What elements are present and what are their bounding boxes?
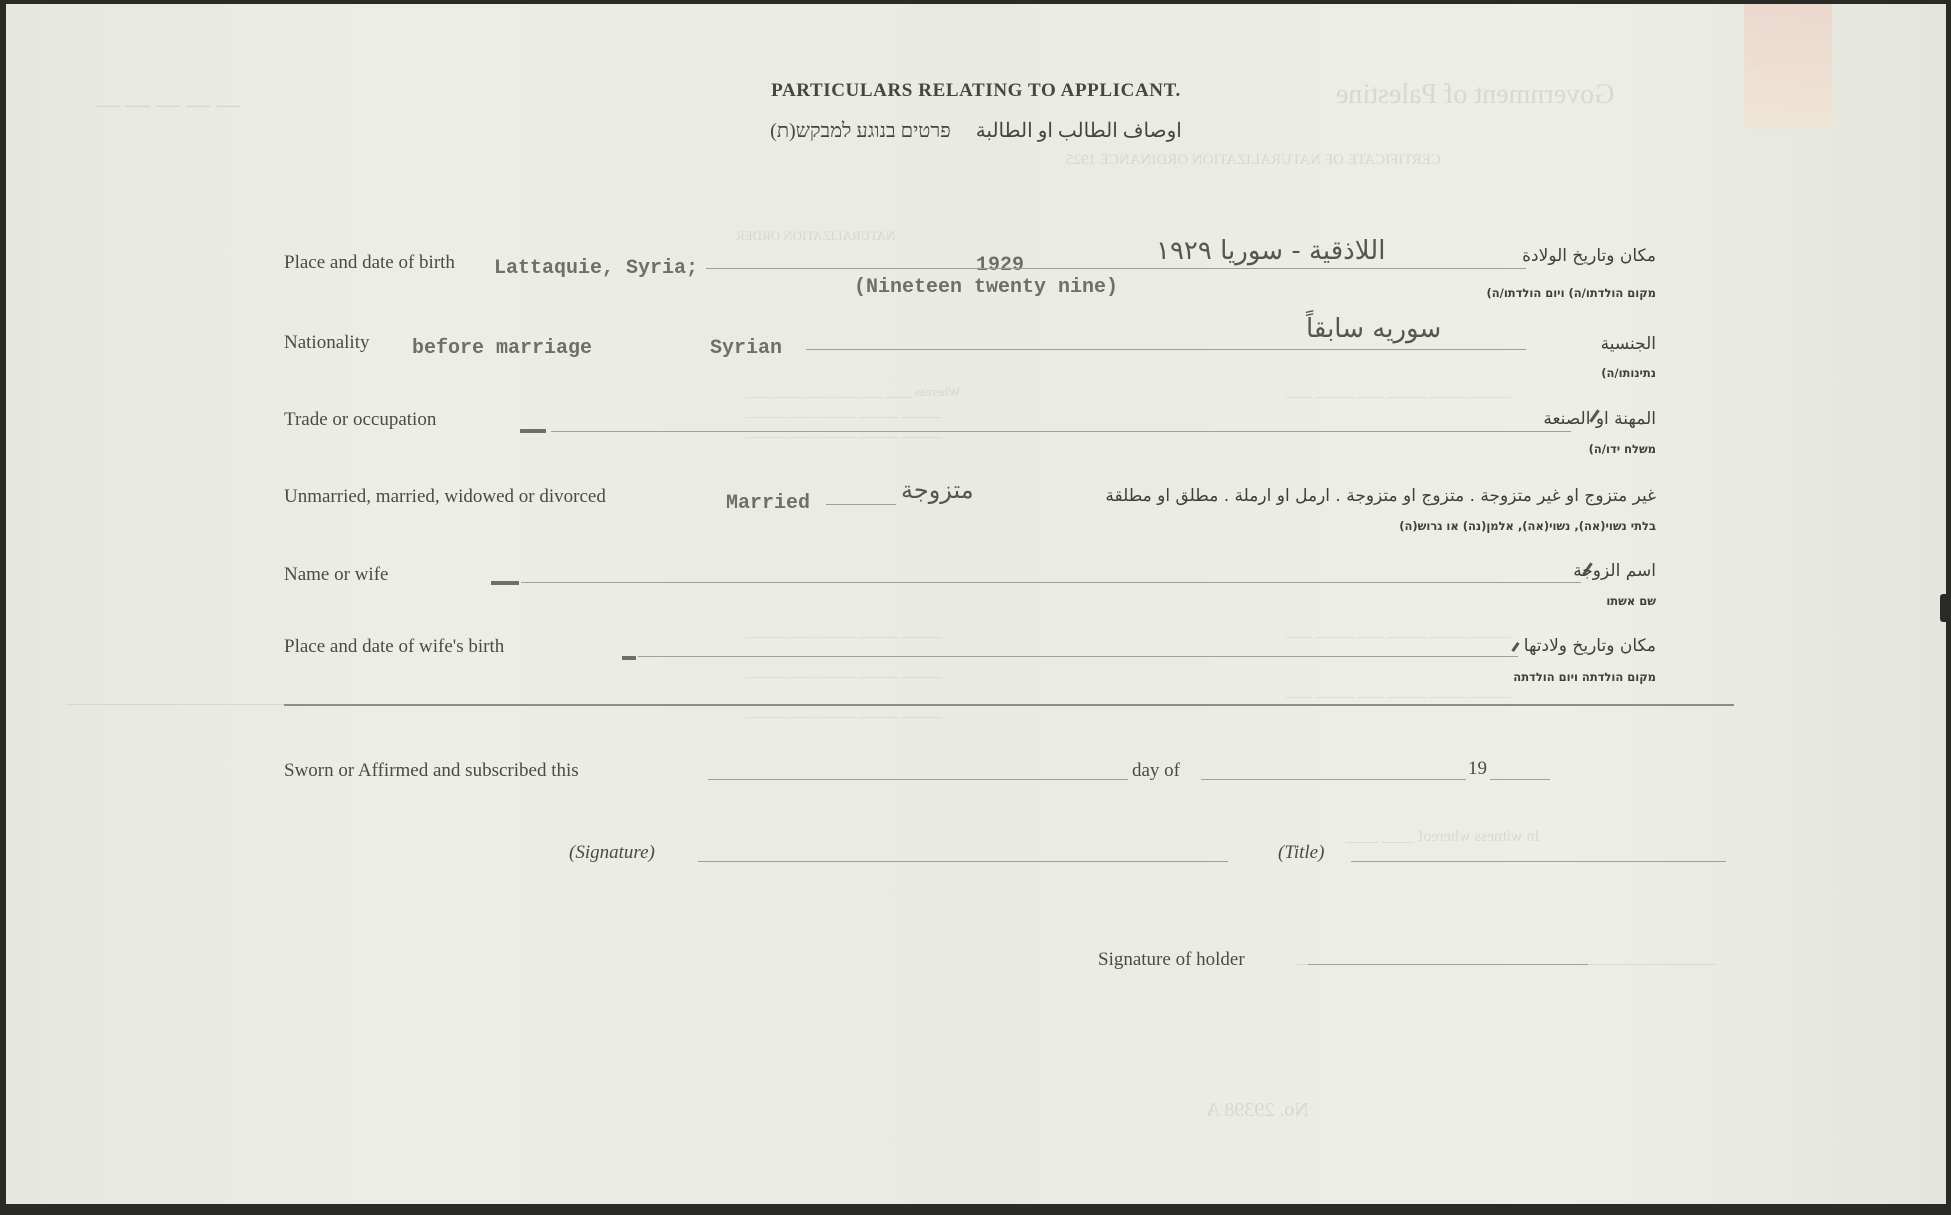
birth-label-hebrew: מקום הולדתו/ה) ויום הולדתו/ה) xyxy=(1487,286,1657,300)
section-divider xyxy=(284,704,1734,706)
signature-label: (Signature) xyxy=(569,842,655,864)
birth-year-words-value: (Nineteen twenty nine) xyxy=(854,276,1118,299)
nationality-handwritten-value: سوريه سابقاً xyxy=(1306,314,1441,344)
birth-label: Place and date of birth xyxy=(284,252,455,274)
birth-label-arabic: مكان وتاريخ الولادة xyxy=(1522,246,1656,266)
year-prefix-label: 19 xyxy=(1468,758,1487,780)
occupation-entry-line xyxy=(551,431,1571,432)
marital-label-hebrew: בלתי נשוי(אה), נשוי(אה), אלמן(נה) או גרו… xyxy=(1399,519,1656,533)
nationality-qualifier-value: before marriage xyxy=(412,337,592,360)
bleed-through-text: CERTIFICATE OF NATURALIZATION ORDINANCE … xyxy=(1066,152,1441,169)
page-edge-notch xyxy=(1940,594,1946,622)
wife-name-label-arabic: اسم الزوجة xyxy=(1573,561,1656,581)
bleed-through-text: ______ ______ ______ ____ ______ xyxy=(746,704,941,720)
wife-birth-entry-line xyxy=(638,656,1518,657)
day-of-month-line xyxy=(1201,779,1466,780)
sworn-day-line xyxy=(708,779,1128,780)
birth-year-value: 1929 xyxy=(976,254,1024,277)
birth-place-value: Lattaquie, Syria; xyxy=(494,257,698,280)
occupation-blank-dash xyxy=(520,429,546,433)
bleed-through-text: ______ ______ ______ ____ ______ ____ xyxy=(1286,684,1510,700)
subtitle-hebrew: פרטים בנוגע למבקש(ת) xyxy=(770,120,951,142)
wife-name-blank-dash xyxy=(491,581,519,585)
bleed-through-text: ______ ______ ______ ____ ______ xyxy=(746,624,941,640)
wife-birth-label-arabic: مكان وتاريخ ولادتها xyxy=(1524,636,1656,656)
document-title: PARTICULARS RELATING TO APPLICANT. xyxy=(6,80,1946,102)
occupation-label-arabic: المهنة او الصنعة xyxy=(1543,409,1656,429)
bleed-through-text: ______ ______ ______ ____ ______ xyxy=(746,664,941,680)
holder-signature-label: Signature of holder xyxy=(1098,949,1245,971)
wife-birth-handwritten-slash xyxy=(1511,642,1519,652)
subtitle-arabic: اوصاف الطالب او الطالبة xyxy=(976,120,1182,142)
nationality-value: Syrian xyxy=(710,337,782,360)
signature-line xyxy=(698,861,1228,862)
bleed-through-text: ______ ______ ______ ____ ______ xyxy=(746,424,941,440)
bleed-through-text: ______ ______ ______ ____ ______ ____ xyxy=(1286,624,1510,640)
wife-birth-label: Place and date of wife's birth xyxy=(284,636,504,658)
title-line xyxy=(1351,861,1726,862)
holder-signature-line xyxy=(1308,964,1588,965)
bleed-through-text: ______ ______ ______ ____ ______ ____ xyxy=(1286,384,1510,400)
wife-birth-label-hebrew: מקום הולדתה ויום הולדתה xyxy=(1513,670,1656,684)
sworn-label: Sworn or Affirmed and subscribed this xyxy=(284,760,579,782)
title-label: (Title) xyxy=(1278,842,1324,864)
bleed-through-text: Whereas ____ ___ ____ ____ ____ ____ xyxy=(746,384,960,400)
wife-name-label: Name or wife xyxy=(284,564,388,586)
color-tint-strip xyxy=(1744,4,1832,129)
nationality-label: Nationality xyxy=(284,332,369,354)
bleed-through-text: In witness whereof ____ ____ xyxy=(1346,828,1540,846)
marital-status-value: Married xyxy=(726,492,810,515)
marital-status-label: Unmarried, married, widowed or divorced xyxy=(284,486,606,508)
nationality-entry-line xyxy=(806,349,1526,350)
day-of-label: day of xyxy=(1132,760,1180,782)
wife-name-entry-line xyxy=(521,582,1581,583)
document-subtitle: اوصاف الطالب او الطالبة פרטים בנוגע למבק… xyxy=(6,118,1946,143)
marital-label-arabic: غير متزوج او غير متزوجة . متزوج او متزوج… xyxy=(1105,486,1656,506)
birth-entry-line xyxy=(706,268,1526,269)
marital-handwritten-value: متزوجة xyxy=(901,476,974,504)
occupation-label-hebrew: משלח ידו/ה) xyxy=(1589,442,1656,456)
occupation-label: Trade or occupation xyxy=(284,409,436,431)
bleed-through-text: NATURALIZATION ORDER xyxy=(736,228,895,244)
bleed-through-text: No. 29398 A xyxy=(1206,1099,1309,1122)
document-page: Government of Palestine CERTIFICATE OF N… xyxy=(6,4,1946,1204)
year-suffix-line xyxy=(1490,779,1550,780)
birth-handwritten-value: اللاذقية - سوريا ١٩٢٩ xyxy=(1156,236,1385,266)
nationality-label-arabic: الجنسية xyxy=(1601,334,1656,354)
wife-birth-blank-dash xyxy=(622,656,636,660)
nationality-label-hebrew: נתינותו/ה) xyxy=(1601,366,1656,380)
marital-entry-line xyxy=(826,504,896,505)
bleed-through-text: ______ ______ ______ ____ ______ xyxy=(746,404,941,420)
wife-name-label-hebrew: שם אשתו xyxy=(1606,594,1656,608)
